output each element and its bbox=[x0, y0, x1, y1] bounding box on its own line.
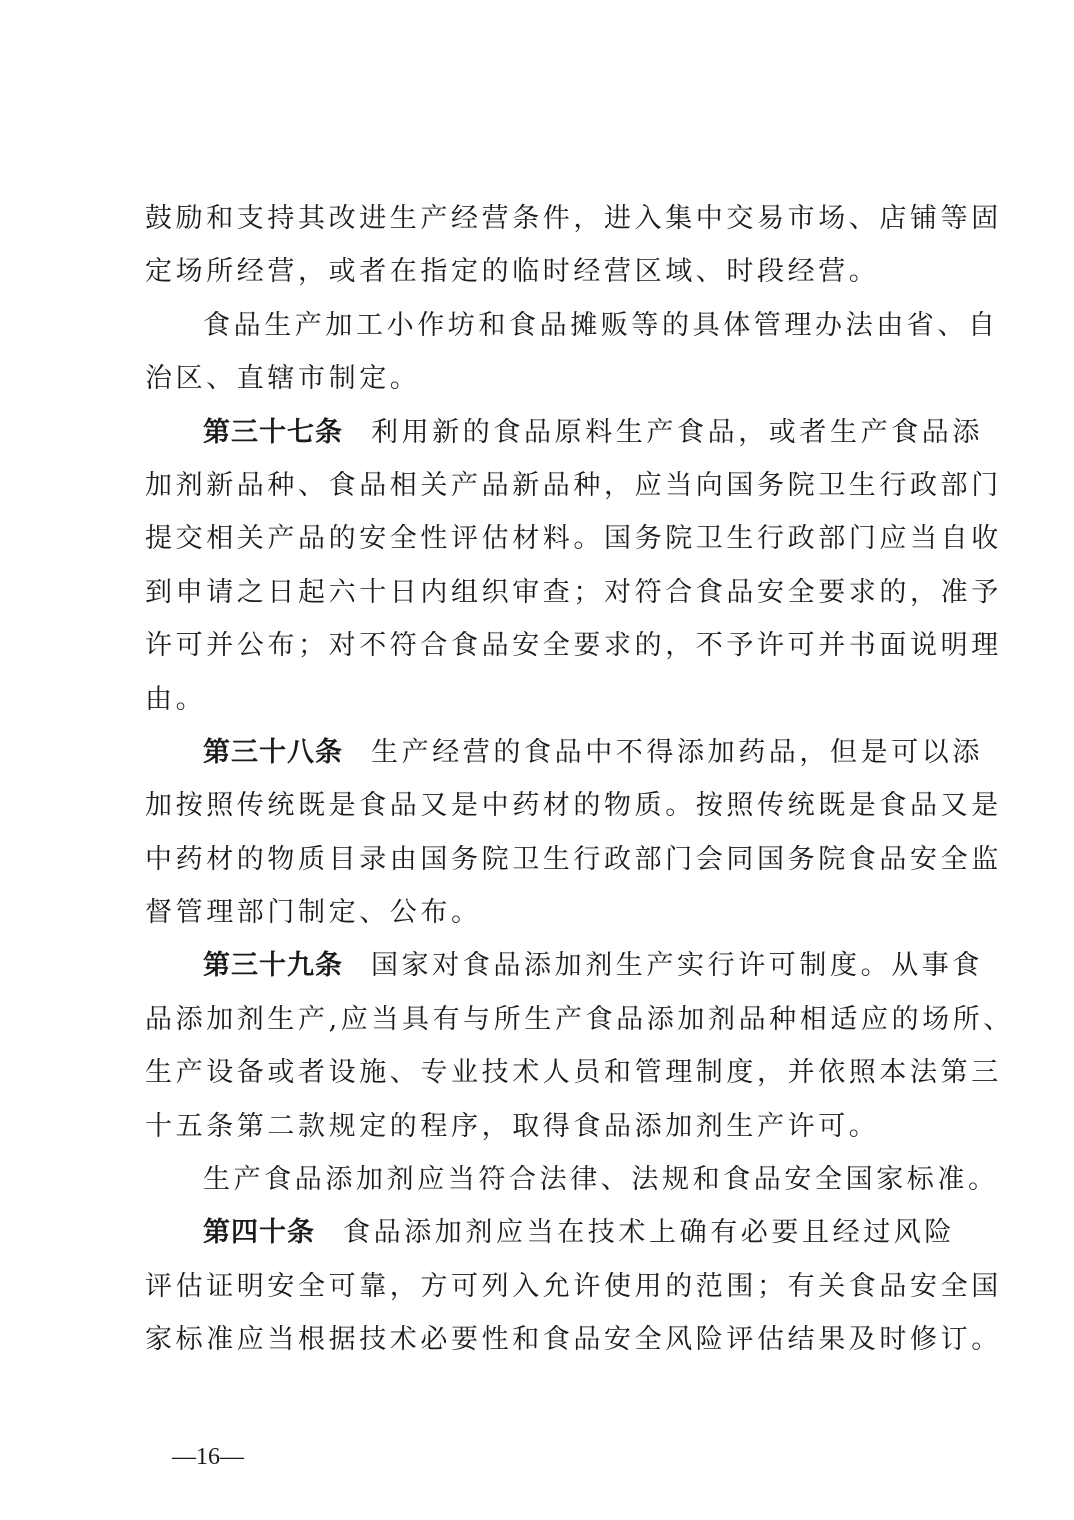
text-line: 由。 bbox=[145, 673, 945, 726]
text-line: 食品生产加工小作坊和食品摊贩等的具体管理办法由省、自 bbox=[145, 299, 945, 352]
document-page: 鼓励和支持其改进生产经营条件，进入集中交易市场、店铺等固 定场所经营，或者在指定… bbox=[0, 0, 1074, 1520]
text-line: 到申请之日起六十日内组织审查；对符合食品安全要求的，准予 bbox=[145, 566, 945, 619]
article-38-first-line: 第三十八条生产经营的食品中不得添加药品，但是可以添 bbox=[145, 726, 945, 779]
article-heading: 第三十七条 bbox=[203, 417, 343, 448]
article-37-first-line: 第三十七条利用新的食品原料生产食品，或者生产食品添 bbox=[145, 406, 945, 459]
document-body: 鼓励和支持其改进生产经营条件，进入集中交易市场、店铺等固 定场所经营，或者在指定… bbox=[145, 192, 945, 1367]
text-line: 食品添加剂应当在技术上确有必要且经过风险 bbox=[343, 1217, 955, 1248]
article-heading: 第三十八条 bbox=[203, 737, 343, 768]
article-heading: 第四十条 bbox=[203, 1217, 315, 1248]
text-line: 生产设备或者设施、专业技术人员和管理制度，并依照本法第三 bbox=[145, 1046, 945, 1099]
text-line: 治区、直辖市制定。 bbox=[145, 352, 945, 405]
text-line: 利用新的食品原料生产食品，或者生产食品添 bbox=[371, 417, 983, 448]
text-line: 加剂新品种、食品相关产品新品种，应当向国务院卫生行政部门 bbox=[145, 459, 945, 512]
text-line: 督管理部门制定、公布。 bbox=[145, 886, 945, 939]
text-line: 提交相关产品的安全性评估材料。国务院卫生行政部门应当自收 bbox=[145, 512, 945, 565]
article-39-first-line: 第三十九条国家对食品添加剂生产实行许可制度。从事食 bbox=[145, 939, 945, 992]
text-line: 加按照传统既是食品又是中药材的物质。按照传统既是食品又是 bbox=[145, 779, 945, 832]
article-40-first-line: 第四十条食品添加剂应当在技术上确有必要且经过风险 bbox=[145, 1206, 945, 1259]
article-heading: 第三十九条 bbox=[203, 950, 343, 981]
text-line: 国家对食品添加剂生产实行许可制度。从事食 bbox=[371, 950, 983, 981]
text-line: 生产食品添加剂应当符合法律、法规和食品安全国家标准。 bbox=[145, 1153, 945, 1206]
text-line: 许可并公布；对不符合食品安全要求的，不予许可并书面说明理 bbox=[145, 619, 945, 672]
text-line: 生产经营的食品中不得添加药品，但是可以添 bbox=[371, 737, 983, 768]
text-line: 中药材的物质目录由国务院卫生行政部门会同国务院食品安全监 bbox=[145, 833, 945, 886]
text-line: 家标准应当根据技术必要性和食品安全风险评估结果及时修订。 bbox=[145, 1313, 945, 1366]
text-line: 品添加剂生产,应当具有与所生产食品添加剂品种相适应的场所、 bbox=[145, 993, 945, 1046]
text-line: 评估证明安全可靠，方可列入允许使用的范围；有关食品安全国 bbox=[145, 1260, 945, 1313]
text-line: 定场所经营，或者在指定的临时经营区域、时段经营。 bbox=[145, 245, 945, 298]
text-line: 鼓励和支持其改进生产经营条件，进入集中交易市场、店铺等固 bbox=[145, 192, 945, 245]
text-line: 十五条第二款规定的程序，取得食品添加剂生产许可。 bbox=[145, 1100, 945, 1153]
page-number: —16— bbox=[172, 1444, 244, 1471]
